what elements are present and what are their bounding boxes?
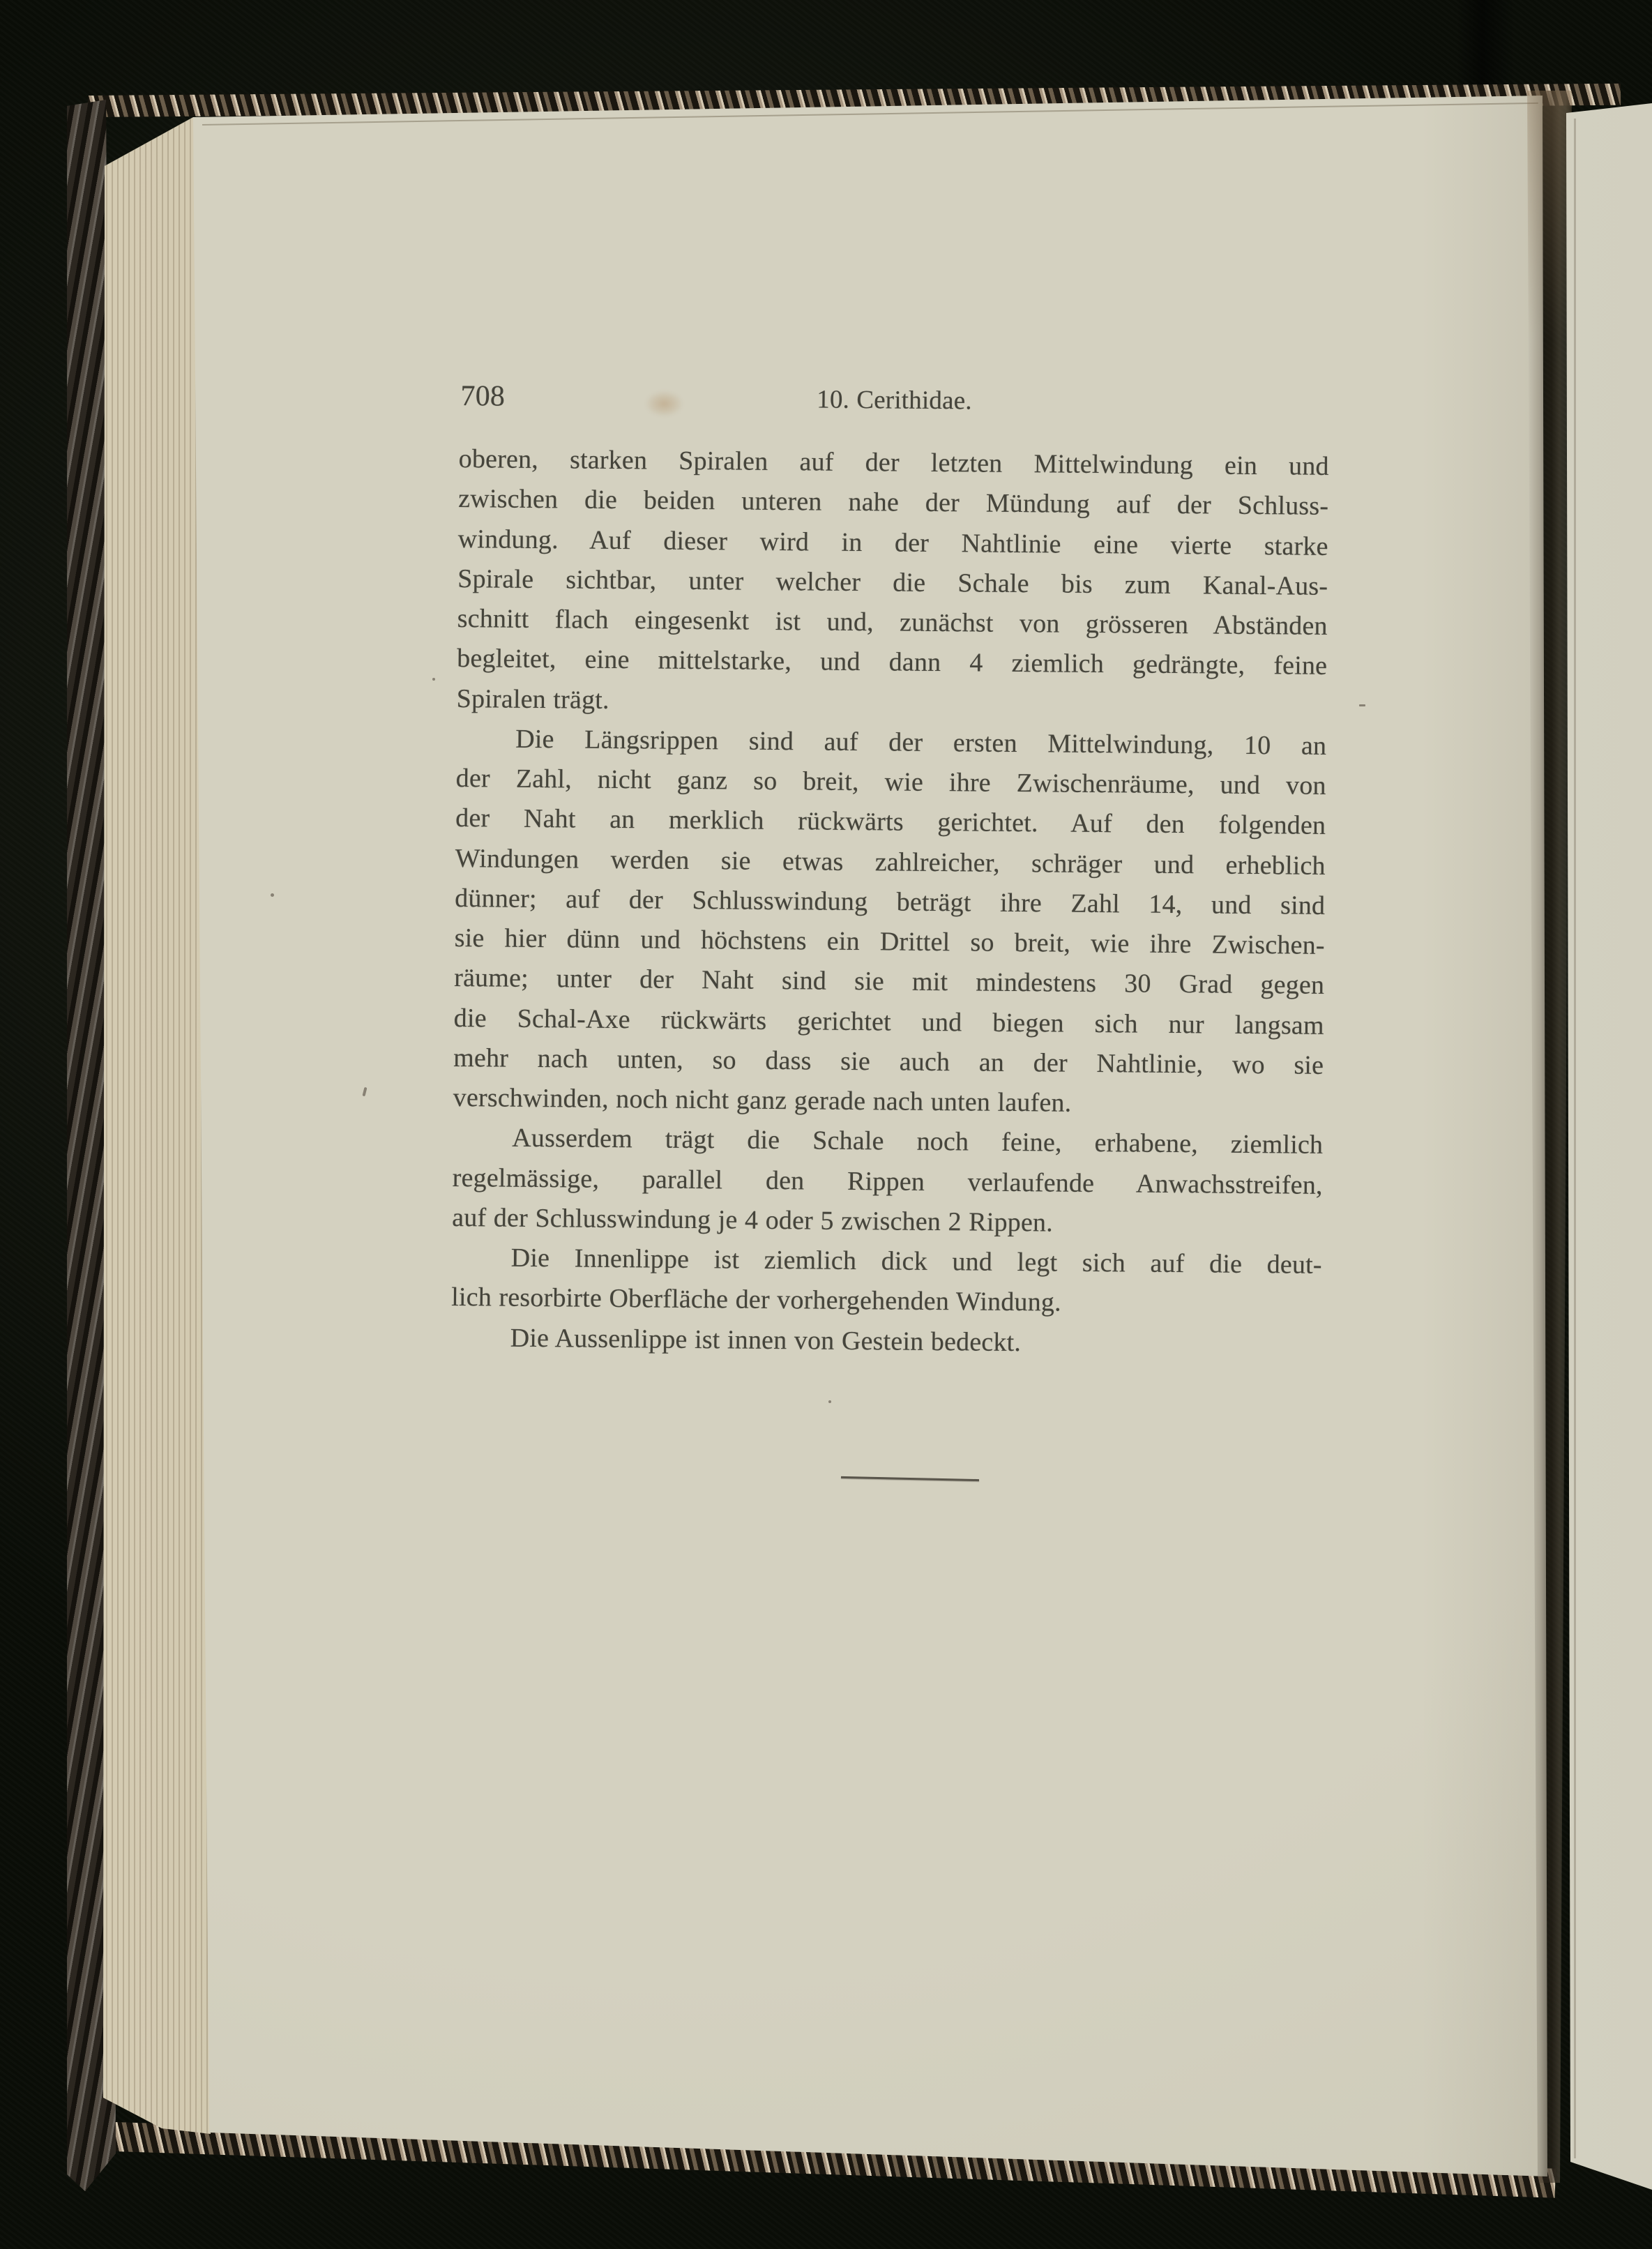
paper-speck (432, 678, 435, 681)
paragraph: Ausserdem trägt die Schale noch feine, e… (452, 1118, 1323, 1245)
stain-mark (645, 391, 683, 417)
paragraph: Die Aussenlippe ist innen von Gestein be… (451, 1317, 1321, 1365)
paper-speck (828, 1400, 831, 1403)
body-text: oberen, starken Spiralen auf der letzten… (451, 439, 1329, 1365)
text-line: begleitet, eine mittelstarke, und dann 4… (457, 639, 1327, 686)
paragraph: Die Innenlippe ist ziemlich dick und leg… (451, 1238, 1322, 1325)
text-line: zwischen die beiden unteren nahe der Mün… (458, 479, 1328, 527)
text-line: Die Aussenlippe ist innen von Gestein be… (451, 1317, 1321, 1365)
page-number: 708 (460, 381, 505, 412)
paragraph: Die Längsrippen sind auf der ersten Mitt… (453, 719, 1327, 1126)
scanned-book-page: 708 10. Cerithidae. oberen, starken Spir… (0, 0, 1652, 2249)
paper-speck (271, 893, 274, 897)
text-line: Spiralen trägt. (457, 679, 1327, 726)
text-line: windung. Auf dieser wird in der Nahtlini… (458, 519, 1328, 566)
text-line: die Schal-Axe rückwärts gerichtet und bi… (454, 998, 1324, 1045)
running-header: 10. Cerithidae. (459, 381, 1329, 421)
text-line: räume; unter der Naht sind sie mit minde… (454, 958, 1324, 1006)
text-line: Windungen werden sie etwas zahlreicher, … (455, 838, 1326, 886)
paragraph: oberen, starken Spiralen auf der letzten… (457, 439, 1329, 727)
page-content: 708 10. Cerithidae. oberen, starken Spir… (451, 439, 1329, 1365)
text-line: lich resorbirte Oberfläche der vorhergeh… (451, 1278, 1321, 1325)
text-line: regelmässige, parallel den Rippen verlau… (453, 1158, 1323, 1205)
text-line: Ausserdem trägt die Schale noch feine, e… (453, 1118, 1323, 1165)
page-fold-crease (1574, 119, 1576, 2158)
text-line: der Naht an merklich rückwärts gerichtet… (455, 798, 1326, 846)
paper-speck (1359, 704, 1365, 706)
